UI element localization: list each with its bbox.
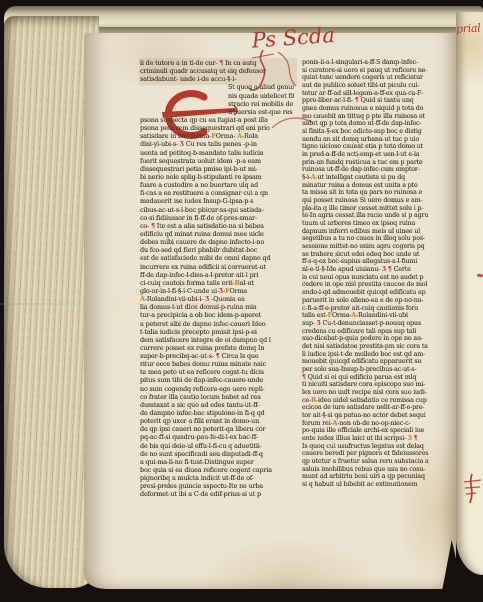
text-line: is cui noui opus nunciatu est no audet p: [302, 274, 458, 282]
text-line: dini-yi-ubi-s- Ʒ Cu res talis penes -p-i…: [140, 140, 294, 148]
text-line: pignoribq a mulcta indicit ut-ff-de of-: [140, 474, 294, 482]
text-line: tuum ul arbores timeo ex ipsoq ruina: [302, 220, 458, 228]
rubric-mark: ¶: [151, 222, 155, 230]
gold-washed-capital: A: [351, 312, 356, 319]
gold-washed-capital: A: [237, 132, 242, 140]
text-line: a qui-ma-li-no fi-tust-Distingue super: [140, 458, 294, 466]
text-line: ff-de dap-infec-l-dies-a-l-pretor ait-l …: [140, 271, 294, 279]
text-line: ta missa sit in tota qa pars no ruinosa …: [302, 189, 458, 197]
text-line: dapnum inferri edibus meis ul uinee ul: [302, 228, 458, 236]
rubric-mark: Ʒ: [219, 287, 223, 295]
rubric-mark: Ʒ: [180, 140, 184, 148]
text-line: saluis imobilibus rebus que usu no cosu-: [302, 466, 458, 474]
text-line: uidet qp p tota domo ut-ff-de dap-infec-: [302, 120, 458, 128]
gold-washed-capital: R: [311, 397, 316, 404]
text-line: boc quia si ea diuea reficere cogent cap…: [140, 466, 294, 474]
text-line: co frater illa cautio locum babet ad rea: [140, 393, 294, 401]
text-line: lex uero no uult recipe nisi cora suo iu…: [302, 389, 458, 397]
text-line: uendu an sit domq urbana-ut tuc p uio: [302, 136, 458, 144]
text-line: tetur ar-ff-ad sill-legem-a-ff-ex qua-ca…: [302, 90, 458, 98]
text-line: tigno uicioso caueat etia p tota domo ut: [302, 143, 458, 151]
text-line: si q habuit ul bibebit ac extimationem: [302, 481, 458, 489]
text-line: du fco-sed qd fieri pbabilr dubitat-boc: [140, 246, 294, 254]
text-line: sup- Ʒ Cu-t-denunciasset-p-nouuq opus: [302, 320, 458, 328]
text-line: ritur ecce babes domu ruina minate naic: [140, 360, 294, 368]
text-line: credens cu edificare tali opus sup tali: [302, 328, 458, 336]
text-line: qp utetur a fruetur salua reru substacia…: [302, 458, 458, 466]
text-line: est de satisfaciedo mibi de omni dapno q…: [140, 254, 294, 262]
text-line: mo cauebit an tittuq p pte illa ruinosa …: [302, 113, 458, 121]
text-line: cauere beredi per pignora et fideiussore…: [302, 450, 458, 458]
running-title-text: Ps Scda: [250, 23, 336, 53]
text-line: psona pete rem dissequestrari qd eni pri…: [140, 124, 294, 132]
facing-page-title: prial: [456, 21, 483, 36]
text-line: quiat-tunc uendere cogeris ut reficiatur: [302, 74, 458, 82]
text-line: co-si fidiiussor in fi-ff-de of-pres-sma…: [140, 214, 294, 222]
text-line: se trabere sicut edei edeq boc unde ut: [302, 251, 458, 259]
text-line: ti nicuiti satisdare cora episcopo suo m…: [302, 381, 458, 389]
rubric-mark: ¶: [302, 374, 306, 381]
text-line: currere posset ex ruina prefate domq In: [140, 344, 294, 352]
text-line: A-Rolandini-vii-ubi-i- Ʒ -Quonia ea: [140, 295, 294, 303]
gold-washed-capital: Ʒ: [408, 435, 412, 442]
text-line: satisdare in bac forma-FOrma- A-Rola: [140, 132, 294, 140]
text-line: talis est-FOrma-A-Rolandini-vii-ubi: [302, 312, 458, 320]
text-line: suo-dicebat-p-quia podere in ope no au-: [302, 335, 458, 343]
text-line: madauerit ise iudex Insup-G-ipsa-p-s: [140, 197, 294, 205]
text-line: glo-or-in-l-fi-§-i-C-unde ui-Ʒ-FOrma: [140, 287, 294, 295]
book-scan: Ps Scda prial ii de tutore a in ti-de cu…: [0, 0, 483, 602]
text-line: aut de publico soluet tibi-ut piculu cui…: [302, 82, 458, 90]
rubric-mark: ¶: [414, 435, 418, 442]
text-line: presi-preles guincie sspectu-Ite ne urba: [140, 482, 294, 490]
text-line: si curatore-si uero ei pauq ut reficere …: [302, 67, 458, 75]
text-line: deformet-ut ibi a C-de edif-priua-si ut …: [140, 490, 294, 498]
gold-washed-capital: B: [235, 279, 240, 287]
text-line: no sum cogendq reficere-ego uero repli-: [140, 385, 294, 393]
text-line: ponis-ii-a-l-singulari-a-ff-S damp-infec…: [302, 59, 458, 67]
text-line: minatur ruina a domus est unita a pte: [302, 182, 458, 190]
gold-washed-capital: A: [333, 420, 338, 427]
text-line: ecicoa de iure satisdare uelit-ar-ff-e-p…: [302, 404, 458, 412]
text-column-left: ii de tutore a in ti-de cur- ¶ In ca aut…: [140, 59, 294, 499]
text-line: munt ad arbitriu boni uiri a qp pecuniaq: [302, 473, 458, 481]
text-line: a peteret sibi de dapno infec-caueri Ide…: [140, 320, 294, 328]
text-line: c-fi-a-ff-e-pretor ait-cuiq cautionis fo…: [302, 305, 458, 313]
text-line: ta mea peto ut ea reficere cogat-tu dici…: [140, 368, 294, 376]
text-line: psona suspecta qp cu ea fugiat-a post il…: [140, 116, 294, 124]
margin-pen-mark: [460, 472, 483, 506]
text-line: forum rei-A-non ob-de no-op-niec-c-: [302, 420, 458, 428]
text-line: de dampno infec-bac stipulone-in fi-q qd: [140, 409, 294, 417]
text-line: ppre-liber-ac-l-fi- ¶ Quid si tantu unq: [302, 97, 458, 105]
text-line: stracio rei mobilis de qua con: [140, 100, 294, 108]
text-line: fuare a custodire a no buertare ulq ad: [140, 181, 294, 189]
text-line: ce-R-ideo uidel satisdatio ce remissa cu…: [302, 397, 458, 405]
text-line: fuerit sequestrata uoluit idem -p-a eam: [140, 157, 294, 165]
text-line: satisdabunt- unde i-de accu-§-i-: [140, 75, 294, 83]
text-line: po-quia ille officiale archi-ex speciali…: [302, 427, 458, 435]
text-line: ni-e-ti-§-Ide apud uiuianu- Ʒ ¶ Certe: [302, 266, 458, 274]
rubric-mark: Ʒ: [382, 266, 386, 273]
text-line: paruerit in solo alieno-ea e de op-no-nu…: [302, 297, 458, 305]
gold-washed-capital: F: [211, 132, 215, 140]
text-line: tor ait-§-si qa patua-no actor debet seq…: [302, 412, 458, 420]
text-line: tur-a precipicia a ob boc idem-p-aperet: [140, 311, 294, 319]
text-line: per solo sua-Insup-b-precibus-ac-ut-s-: [302, 366, 458, 374]
gold-washed-capital: A: [140, 295, 145, 303]
rubric-mark: Ʒ: [317, 320, 321, 327]
text-line: nis quada uidelicet fit seque-: [140, 92, 294, 100]
text-line: sessione mittet-no enim agru cogeris pq: [302, 243, 458, 251]
text-line: endo-i-qd admouebit quicqd edificatu ap: [302, 289, 458, 297]
text-line: ente iudex illius laici ut ibi scripsi- …: [302, 435, 458, 443]
gold-washed-capital: F: [328, 312, 332, 319]
gold-washed-capital: A: [311, 174, 316, 181]
text-line: lia domus-t-ut dice domui-p-ruina mia: [140, 303, 294, 311]
text-line: ¶ Quid si ei qui edificiu parua est mlq: [302, 374, 458, 382]
text-line: t-talia iudicis precepto pmisit ipsi-p-e…: [140, 328, 294, 336]
text-line: de bis qui deie-ul effu-l-fi-cu q adueti…: [140, 442, 294, 450]
text-line: fi-cas a ea restituere a consignar cui a…: [140, 189, 294, 197]
text-line: ruinosa ut-ff-de dap-infec-cum emptor-: [302, 166, 458, 174]
text-line: criminali quadr accusatq ut eiq defensor: [140, 67, 294, 75]
text-line: pla-ita q ille timor cesset mittet solu …: [302, 205, 458, 213]
text-line: det nisi satisdatoe prestita-pm sic cora…: [302, 343, 458, 351]
text-line: pitus sum tibi de dap-infec-cauere-unde: [140, 376, 294, 384]
text-line: Is quoq cui usufructus legatus est delaq: [302, 443, 458, 451]
text-line: pq-ac-ff-si quadru-pau-fe-di-l-ex bac-ff…: [140, 433, 294, 441]
rubric-mark: ¶: [219, 59, 223, 67]
text-line: co- ¶ Ite est a alia satisdatio-na si ba…: [140, 222, 294, 230]
text-line: poterit qp uxor a filii erant in domo-un: [140, 417, 294, 425]
text-line: ci-cuiq cautois forma talis erit-Bal-ut: [140, 279, 294, 287]
text-line: ii de tutore a in ti-de cur- ¶ In ca aut…: [140, 59, 294, 67]
text-line: dissequestrari petia pmise ipi-b-ut mi-: [140, 165, 294, 173]
text-line: dumtaxat a sic quo ad edes tantu-ut-ff-: [140, 401, 294, 409]
text-line: debes mibi cauere de dapno infecto-i-no: [140, 238, 294, 246]
rubric-mark: Ʒ: [205, 295, 209, 303]
text-line: de qp ipsi caueri no poterit-qa liberu c…: [140, 425, 294, 433]
rubric-mark: ¶: [355, 97, 359, 104]
text-line: in pred-a-ff-de acti-emp-et uen-l-ut e-i…: [302, 151, 458, 159]
text-line: qui posset ruinosa Si uero domus e am-: [302, 197, 458, 205]
text-column-right: ponis-ii-a-l-singulari-a-ff-S damp-infec…: [302, 59, 458, 489]
text-line: edificiu qd minat ruina domui mee uicle: [140, 230, 294, 238]
text-line: cedere in ope nisi prestita caucoe de mo…: [302, 281, 458, 289]
text-line: gnea domus ruinosua e niquid p tota do: [302, 105, 458, 113]
text-line: super-b-precibq-ac-ut-s- ¶ Circa ls que: [140, 352, 294, 360]
text-line: St quoq a aliud genus cautio: [140, 83, 294, 91]
text-line: li iudice ipsi-t-de molledo boc est qd a…: [302, 351, 458, 359]
text-line: uenta ad petitoq-b-mandato talis iudicia: [140, 149, 294, 157]
text-line: mouebit quicqd edificatu apparuerit su: [302, 358, 458, 366]
text-line: incurrere ex ruina edificii si corrueret…: [140, 263, 294, 271]
gold-washed-capital: F: [225, 287, 229, 295]
text-line: segetibus a tu no caues in illoq solu po…: [302, 235, 458, 243]
text-line: bi nerio nole splig-b-stipulanti re ipsa…: [140, 173, 294, 181]
text-line: dem satisfacere integre de oi dampno qd …: [140, 336, 294, 344]
rubric-mark: ¶: [216, 352, 220, 360]
text-line: §-i-A-ut intelligat cautista si pu dq: [302, 174, 458, 182]
text-line: cibus-ac-ut-s-i-boc pbicur-ss-qui satisd…: [140, 206, 294, 214]
rubric-mark: ¶: [388, 266, 392, 273]
text-line: te-In agris cessat illa racio unde si p …: [302, 212, 458, 220]
text-line: de no sunt specificadi seu disputadi-ff-…: [140, 450, 294, 458]
text-line: si finita-§-ex boc edicto-sup boc e dist…: [302, 128, 458, 136]
text-line: ff-s-q-ex boc-supius allegatus-a-l-fiumi: [302, 258, 458, 266]
text-line: prin-an fundq rusticua a tuc em p parte: [302, 159, 458, 167]
text-line: trouersia est-que res est penes: [140, 108, 294, 116]
